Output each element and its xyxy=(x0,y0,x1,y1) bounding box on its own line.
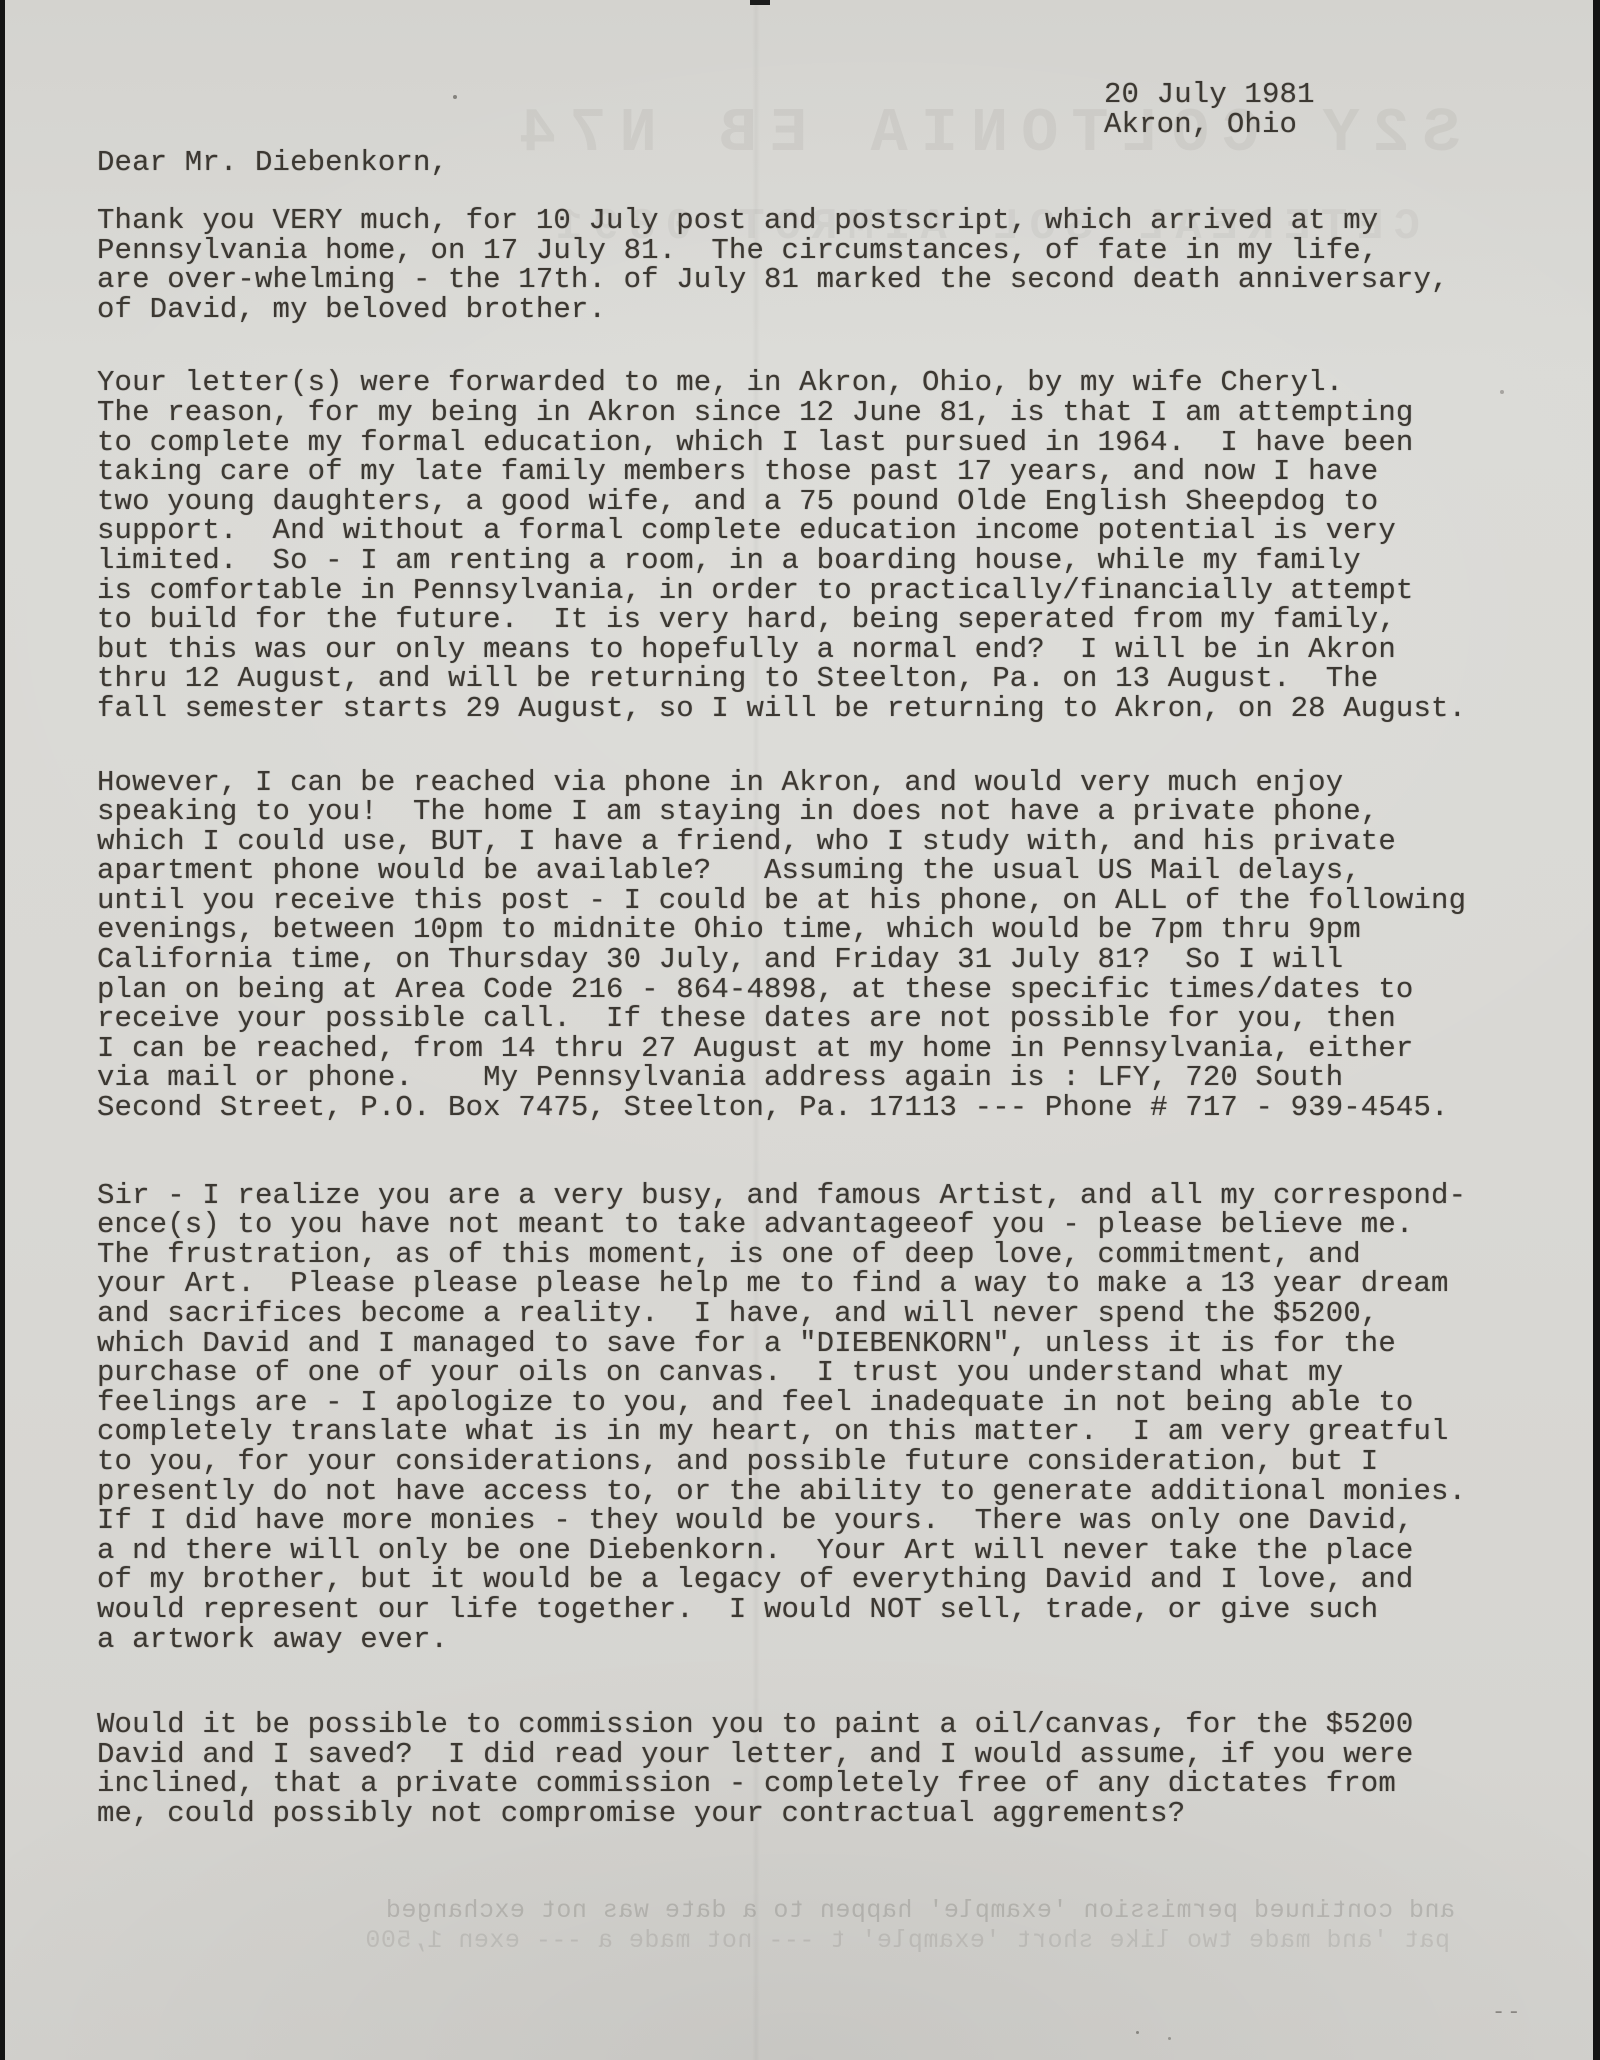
letter-line: a nd there will only be one Diebenkorn. … xyxy=(97,1536,1587,1566)
paragraph-2: Your letter(s) were forwarded to me, in … xyxy=(97,368,1587,723)
letter-line: If I did have more monies - they would b… xyxy=(97,1506,1587,1536)
letter-line: Thank you VERY much, for 10 July post an… xyxy=(97,206,1587,236)
letter-line: feelings are - I apologize to you, and f… xyxy=(97,1388,1587,1418)
letter-line: two young daughters, a good wife, and a … xyxy=(97,487,1587,517)
paragraph-1: Thank you VERY much, for 10 July post an… xyxy=(97,206,1587,324)
letter-line: California time, on Thursday 30 July, an… xyxy=(97,945,1587,975)
letter-line: Sir - I realize you are a very busy, and… xyxy=(97,1181,1587,1211)
letter-line: taking care of my late family members th… xyxy=(97,457,1587,487)
letter-line: Your letter(s) were forwarded to me, in … xyxy=(97,368,1587,398)
paragraph-5: Would it be possible to commission you t… xyxy=(97,1710,1587,1828)
letter-line: Pennsylvania home, on 17 July 81. The ci… xyxy=(97,236,1587,266)
letter-line: David and I saved? I did read your lette… xyxy=(97,1740,1587,1770)
letter-line: are over-whelming - the 17th. of July 81… xyxy=(97,265,1587,295)
letter-line: via mail or phone. My Pennsylvania addre… xyxy=(97,1063,1587,1093)
letter-line: which I could use, BUT, I have a friend,… xyxy=(97,827,1587,857)
letter-line: to build for the future. It is very hard… xyxy=(97,605,1587,635)
letter-line: until you receive this post - I could be… xyxy=(97,886,1587,916)
letter-line: limited. So - I am renting a room, in a … xyxy=(97,546,1587,576)
letter-line: ence(s) to you have not meant to take ad… xyxy=(97,1210,1587,1240)
date-block: 20 July 1981 Akron, Ohio xyxy=(1104,80,1315,139)
salutation: Dear Mr. Diebenkorn, xyxy=(97,148,448,178)
letter-body: Thank you VERY much, for 10 July post an… xyxy=(97,206,1587,1873)
letter-line: but this was our only means to hopefully… xyxy=(97,635,1587,665)
scan-edge-right xyxy=(1593,0,1600,2060)
letter-line: apartment phone would be available? Assu… xyxy=(97,856,1587,886)
letter-line: Would it be possible to commission you t… xyxy=(97,1710,1587,1740)
letter-line: of David, my beloved brother. xyxy=(97,295,1587,325)
letter-line: fall semester starts 29 August, so I wil… xyxy=(97,694,1587,724)
letter-line: purchase of one of your oils on canvas. … xyxy=(97,1358,1587,1388)
letter-line: However, I can be reached via phone in A… xyxy=(97,768,1587,798)
scan-speck xyxy=(1136,2031,1139,2034)
scanned-letter-page: S2Y COLTONIA EB N74 CETEREAL SOL AIMROT … xyxy=(0,0,1600,2060)
letter-line: completely translate what is in my heart… xyxy=(97,1417,1587,1447)
letter-line: a artwork away ever. xyxy=(97,1625,1587,1655)
letter-line: would represent our life together. I wou… xyxy=(97,1595,1587,1625)
letter-line: which David and I managed to save for a … xyxy=(97,1329,1587,1359)
letter-line: to you, for your considerations, and pos… xyxy=(97,1447,1587,1477)
scan-speck xyxy=(1500,390,1504,394)
letter-line: to complete my formal education, which I… xyxy=(97,428,1587,458)
letter-line: thru 12 August, and will be returning to… xyxy=(97,664,1587,694)
bleed-through-bottom-line1: and continued permission 'example' happe… xyxy=(285,1896,1455,1925)
letter-line: me, could possibly not compromise your c… xyxy=(97,1799,1587,1829)
location-line: Akron, Ohio xyxy=(1104,110,1315,140)
scan-speck xyxy=(1168,2037,1171,2040)
letter-line: speaking to you! The home I am staying i… xyxy=(97,797,1587,827)
letter-line: of my brother, but it would be a legacy … xyxy=(97,1565,1587,1595)
letter-line: The frustration, as of this moment, is o… xyxy=(97,1240,1587,1270)
letter-line: your Art. Please please please help me t… xyxy=(97,1269,1587,1299)
scan-edge-notch xyxy=(750,0,770,5)
date-line: 20 July 1981 xyxy=(1104,80,1315,110)
letter-line: support. And without a formal complete e… xyxy=(97,516,1587,546)
paragraph-4: Sir - I realize you are a very busy, and… xyxy=(97,1181,1587,1655)
scan-edge-left xyxy=(0,0,5,2060)
paragraph-3: However, I can be reached via phone in A… xyxy=(97,768,1587,1123)
letter-line: and sacrifices become a reality. I have,… xyxy=(97,1299,1587,1329)
scan-dash-mark: -- xyxy=(1492,2000,1522,2025)
bleed-through-bottom-line2: pat 'and made two like short 'example' t… xyxy=(270,1926,1450,1955)
letter-line: evenings, between 10pm to midnite Ohio t… xyxy=(97,915,1587,945)
letter-line: I can be reached, from 14 thru 27 August… xyxy=(97,1034,1587,1064)
letter-line: is comfortable in Pennsylvania, in order… xyxy=(97,576,1587,606)
bleed-through-top-row1: S2Y COLTONIA EB N74 xyxy=(510,98,1460,169)
letter-line: receive your possible call. If these dat… xyxy=(97,1004,1587,1034)
letter-line: inclined, that a private commission - co… xyxy=(97,1769,1587,1799)
letter-line: presently do not have access to, or the … xyxy=(97,1477,1587,1507)
scan-speck xyxy=(453,95,457,99)
letter-line: Second Street, P.O. Box 7475, Steelton, … xyxy=(97,1093,1587,1123)
letter-line: plan on being at Area Code 216 - 864-489… xyxy=(97,975,1587,1005)
letter-line: The reason, for my being in Akron since … xyxy=(97,398,1587,428)
